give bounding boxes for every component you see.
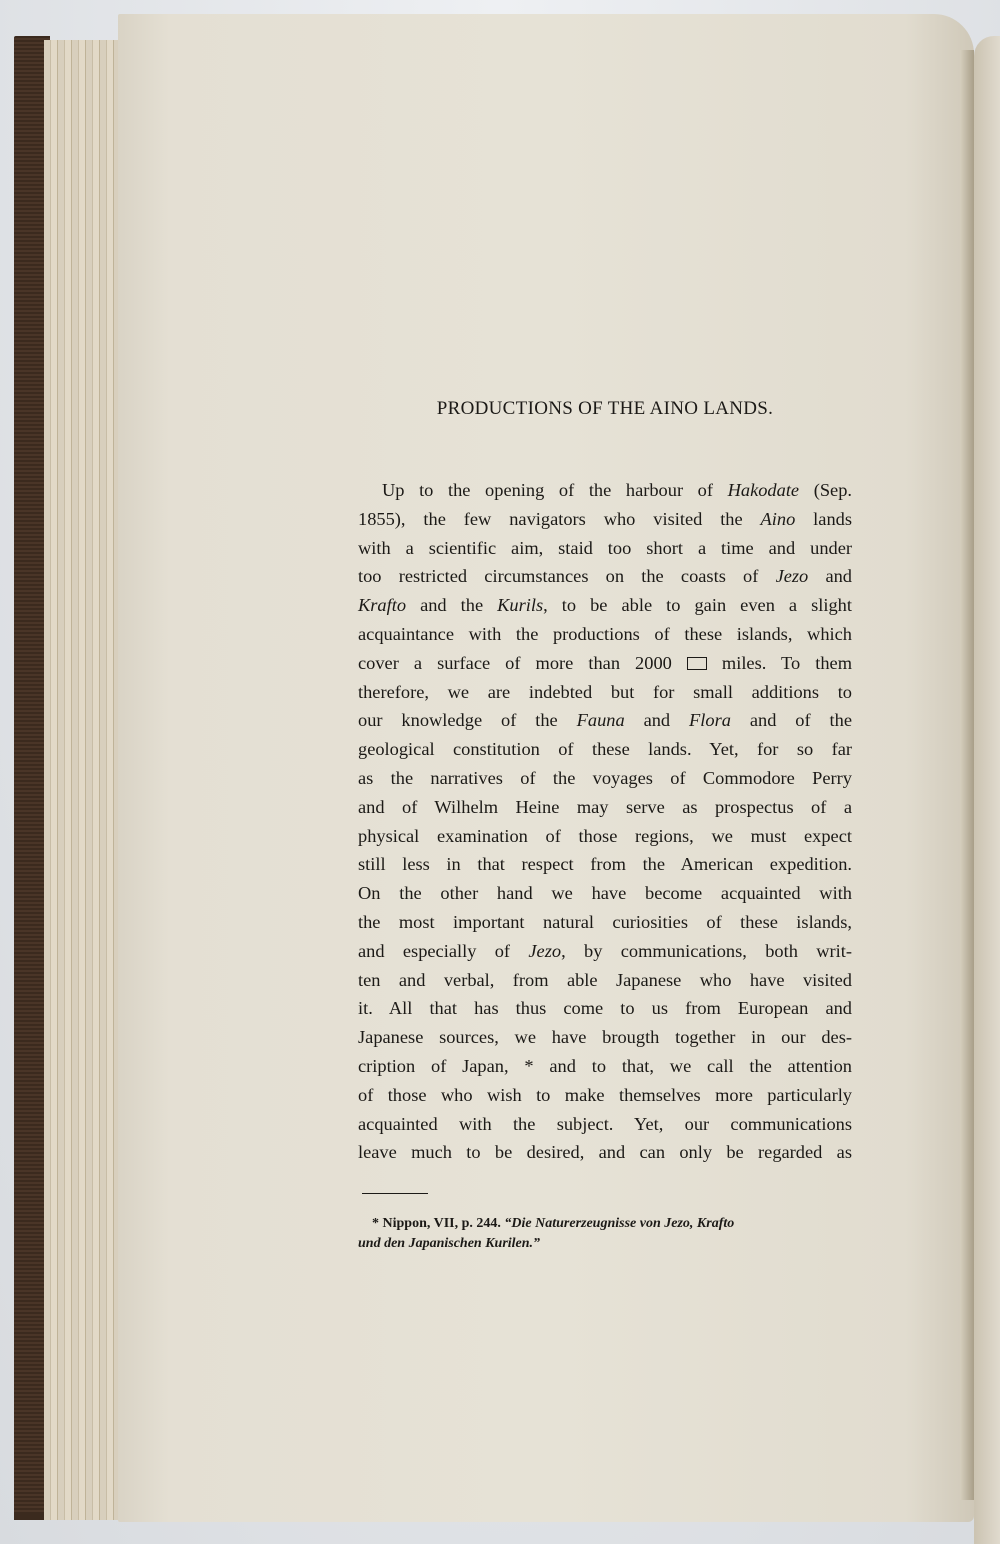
- text-line: too restricted circumstances on the coas…: [358, 562, 852, 591]
- text-line: as the narratives of the voyages of Comm…: [358, 764, 852, 793]
- page-content: PRODUCTIONS OF THE AINO LANDS. Up to the…: [358, 398, 852, 1254]
- text-line: physical examination of those regions, w…: [358, 822, 852, 851]
- text-line: acquaintance with the productions of the…: [358, 620, 852, 649]
- text-line: Japanese sources, we have brougth togeth…: [358, 1023, 852, 1052]
- text-line: and of Wilhelm Heine may serve as prospe…: [358, 793, 852, 822]
- text-line: therefore, we are indebted but for small…: [358, 678, 852, 707]
- facing-page-edge: [974, 36, 1000, 1544]
- text-line: Up to the opening of the harbour of Hako…: [358, 476, 852, 505]
- text-line: geological constitution of these lands. …: [358, 735, 852, 764]
- text-line: and especially of Jezo, by communication…: [358, 937, 852, 966]
- footnote-line: und den Japanischen Kurilen.”: [358, 1234, 852, 1254]
- italic-term: Flora: [689, 710, 731, 730]
- text-line: cription of Japan, * and to that, we cal…: [358, 1052, 852, 1081]
- italic-term: Hakodate: [728, 480, 800, 500]
- italic-term: Fauna: [577, 710, 625, 730]
- footnote-line: * Nippon, VII, p. 244. “Die Naturerzeugn…: [358, 1214, 852, 1234]
- text-line: the most important natural curiosities o…: [358, 908, 852, 937]
- text-line: ten and verbal, from able Japanese who h…: [358, 966, 852, 995]
- text-line: our knowledge of the Fauna and Flora and…: [358, 706, 852, 735]
- body-paragraph: Up to the opening of the harbour of Hako…: [358, 476, 852, 1167]
- italic-term: Krafto: [358, 595, 406, 615]
- text-line: leave much to be desired, and can only b…: [358, 1138, 852, 1167]
- text-line: cover a surface of more than 2000 miles.…: [358, 649, 852, 678]
- italic-term: Jezo: [528, 941, 561, 961]
- page-edges-stack: [44, 40, 120, 1520]
- text-line: it. All that has thus come to us from Eu…: [358, 994, 852, 1023]
- chapter-title: PRODUCTIONS OF THE AINO LANDS.: [358, 398, 852, 420]
- footnote-rule: [362, 1193, 428, 1194]
- footnote: * Nippon, VII, p. 244. “Die Naturerzeugn…: [358, 1214, 852, 1254]
- text-line: Krafto and the Kurils, to be able to gai…: [358, 591, 852, 620]
- text-line: with a scientific aim, staid too short a…: [358, 534, 852, 563]
- italic-term: Jezo: [776, 566, 809, 586]
- italic-term: “Die Naturerzeugnisse von Jezo, Krafto: [504, 1216, 734, 1231]
- text-line: 1855), the few navigators who visited th…: [358, 505, 852, 534]
- italic-term: Kurils: [497, 595, 543, 615]
- italic-term: und den Japanischen Kurilen.”: [358, 1236, 540, 1251]
- gutter-shadow: [960, 50, 974, 1500]
- text-line: acquainted with the subject. Yet, our co…: [358, 1110, 852, 1139]
- text-line: of those who wish to make themselves mor…: [358, 1081, 852, 1110]
- italic-term: Aino: [761, 509, 796, 529]
- square-miles-symbol-icon: [687, 657, 707, 670]
- text-line: On the other hand we have become acquain…: [358, 879, 852, 908]
- text-line: still less in that respect from the Amer…: [358, 850, 852, 879]
